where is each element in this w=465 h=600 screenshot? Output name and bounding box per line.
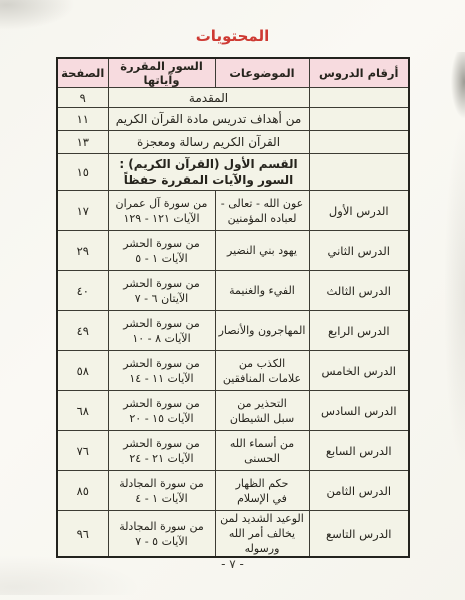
sura-line-2: الآيات ١٢١ - ١٢٩ <box>109 211 215 226</box>
topic-cell: عون الله - تعالى - لعباده المؤمنين <box>215 191 309 231</box>
lesson-row: الدرس التاسع الوعيد الشديد لمن يخالف أمر… <box>57 511 409 558</box>
intro-row: القرآن الكريم رسالة ومعجزة ١٣ <box>57 131 409 154</box>
topic-cell: يهود بني النضير <box>215 231 309 271</box>
topic-line-2: علامات المنافقين <box>216 371 309 386</box>
topic-cell: من أسماء الله الحسنى <box>215 431 309 471</box>
contents-table: أرقام الدروس الموضوعات السور المقررة وآي… <box>56 57 410 558</box>
page-number-cell: ٧٦ <box>57 431 108 471</box>
lesson-number-cell <box>309 108 409 131</box>
topic-line-1: الفيء والغنيمة <box>216 283 309 298</box>
header-page: الصفحة <box>57 58 108 88</box>
topic-line-1: الكذب من <box>216 356 309 371</box>
lesson-number-cell: الدرس الأول <box>309 191 409 231</box>
page-number-cell: ٩ <box>57 88 108 108</box>
topic-line-2: سبل الشيطان <box>216 411 309 426</box>
page-number-cell: ١٥ <box>57 154 108 191</box>
lesson-number-cell: الدرس التاسع <box>309 511 409 558</box>
lesson-row: الدرس الثالث الفيء والغنيمة من سورة الحش… <box>57 271 409 311</box>
sura-line-2: الآيات ٨ - ١٠ <box>109 331 215 346</box>
page-number-cell: ١١ <box>57 108 108 131</box>
header-topics: الموضوعات <box>215 58 309 88</box>
topic-cell: التحذير من سبل الشيطان <box>215 391 309 431</box>
lesson-number-cell: الدرس الثاني <box>309 231 409 271</box>
lesson-number-cell: الدرس الثالث <box>309 271 409 311</box>
lesson-row: الدرس السادس التحذير من سبل الشيطان من س… <box>57 391 409 431</box>
lesson-number-cell: الدرس السادس <box>309 391 409 431</box>
sura-cell: من سورة الحشر الآيات ١٥ - ٢٠ <box>108 391 215 431</box>
topic-cell: الوعيد الشديد لمن يخالف أمر الله ورسوله <box>215 511 309 558</box>
section-title-cell: القسم الأول (القرآن الكريم) : السور والآ… <box>108 154 309 191</box>
sura-line-2: الآيتان ٦ - ٧ <box>109 291 215 306</box>
contents-title: المحتويات <box>0 27 465 45</box>
header-suras: السور المقررة وآياتها <box>108 58 215 88</box>
topic-cell: الفيء والغنيمة <box>215 271 309 311</box>
section-title-line-1: القسم الأول (القرآن الكريم) : <box>109 156 309 172</box>
topic-line-2: يخالف أمر الله ورسوله <box>216 526 309 556</box>
lesson-number-cell <box>309 88 409 108</box>
sura-cell: من سورة الحشر الآيات ١١ - ١٤ <box>108 351 215 391</box>
table-header-row: أرقام الدروس الموضوعات السور المقررة وآي… <box>57 58 409 88</box>
header-lesson-numbers: أرقام الدروس <box>309 58 409 88</box>
page-number-cell: ١٣ <box>57 131 108 154</box>
topic-cell: المهاجرون والأنصار <box>215 311 309 351</box>
sura-cell: من سورة الحشر الآيات ١ - ٥ <box>108 231 215 271</box>
page-number-cell: ١٧ <box>57 191 108 231</box>
lesson-row: الدرس السابع من أسماء الله الحسنى من سور… <box>57 431 409 471</box>
sura-cell: من سورة الحشر الآيات ٢١ - ٢٤ <box>108 431 215 471</box>
topic-cell: من أهداف تدريس مادة القرآن الكريم <box>108 108 309 131</box>
sura-line-2: الآيات ١ - ٤ <box>109 491 215 506</box>
sura-line-1: من سورة المجادلة <box>109 476 215 491</box>
lesson-number-cell <box>309 131 409 154</box>
sura-line-1: من سورة المجادلة <box>109 519 215 534</box>
page-number-cell: ٥٨ <box>57 351 108 391</box>
topic-cell: القرآن الكريم رسالة ومعجزة <box>108 131 309 154</box>
page-number-cell: ٢٩ <box>57 231 108 271</box>
sura-line-2: الآيات ١٥ - ٢٠ <box>109 411 215 426</box>
sura-line-1: من سورة الحشر <box>109 356 215 371</box>
intro-row: من أهداف تدريس مادة القرآن الكريم ١١ <box>57 108 409 131</box>
intro-row: المقدمة ٩ <box>57 88 409 108</box>
topic-cell: الكذب من علامات المنافقين <box>215 351 309 391</box>
scan-artifact <box>445 130 465 460</box>
lesson-number-cell: الدرس السابع <box>309 431 409 471</box>
scan-artifact <box>451 52 465 118</box>
topic-cell: حكم الظهار في الإسلام <box>215 471 309 511</box>
sura-line-1: من سورة الحشر <box>109 436 215 451</box>
page-number-cell: ٦٨ <box>57 391 108 431</box>
sura-line-1: من سورة الحشر <box>109 316 215 331</box>
lesson-row: الدرس الأول عون الله - تعالى - لعباده ال… <box>57 191 409 231</box>
section-title-line-2: السور والآيات المقررة حفظاً <box>109 172 309 188</box>
sura-line-1: من سورة الحشر <box>109 396 215 411</box>
sura-cell: من سورة الحشر الآيات ٨ - ١٠ <box>108 311 215 351</box>
sura-line-2: الآيات ١١ - ١٤ <box>109 371 215 386</box>
sura-line-1: من سورة الحشر <box>109 236 215 251</box>
sura-line-2: الآيات ٥ - ٧ <box>109 534 215 549</box>
lesson-number-cell: الدرس الخامس <box>309 351 409 391</box>
sura-cell: من سورة المجادلة الآيات ٥ - ٧ <box>108 511 215 558</box>
page-number-cell: ٩٦ <box>57 511 108 558</box>
lesson-row: الدرس الثاني يهود بني النضير من سورة الح… <box>57 231 409 271</box>
topic-line-1: عون الله - تعالى - <box>216 196 309 211</box>
sura-line-1: من سورة آل عمران <box>109 196 215 211</box>
lesson-number-cell: الدرس الرابع <box>309 311 409 351</box>
topic-line-1: حكم الظهار <box>216 476 309 491</box>
sura-cell: من سورة الحشر الآيتان ٦ - ٧ <box>108 271 215 311</box>
sura-cell: من سورة آل عمران الآيات ١٢١ - ١٢٩ <box>108 191 215 231</box>
page-number-cell: ٨٥ <box>57 471 108 511</box>
topic-cell: المقدمة <box>108 88 309 108</box>
lesson-number-cell: الدرس الثامن <box>309 471 409 511</box>
page-number-cell: ٤٠ <box>57 271 108 311</box>
topic-line-1: من أسماء الله الحسنى <box>216 436 309 466</box>
lesson-row: الدرس الثامن حكم الظهار في الإسلام من سو… <box>57 471 409 511</box>
topic-line-1: يهود بني النضير <box>216 243 309 258</box>
scanned-page: { "page": { "title": "المحتويات", "foote… <box>0 0 465 600</box>
page-footer-number: - ٧ - <box>0 557 465 571</box>
sura-cell: من سورة المجادلة الآيات ١ - ٤ <box>108 471 215 511</box>
lesson-row: الدرس الخامس الكذب من علامات المنافقين م… <box>57 351 409 391</box>
lesson-number-cell <box>309 154 409 191</box>
topic-line-1: الوعيد الشديد لمن <box>216 511 309 526</box>
page-number-cell: ٤٩ <box>57 311 108 351</box>
sura-line-1: من سورة الحشر <box>109 276 215 291</box>
section-title-row: القسم الأول (القرآن الكريم) : السور والآ… <box>57 154 409 191</box>
topic-line-2: في الإسلام <box>216 491 309 506</box>
lesson-row: الدرس الرابع المهاجرون والأنصار من سورة … <box>57 311 409 351</box>
sura-line-2: الآيات ١ - ٥ <box>109 251 215 266</box>
sura-line-2: الآيات ٢١ - ٢٤ <box>109 451 215 466</box>
topic-line-1: المهاجرون والأنصار <box>216 323 309 338</box>
topic-line-2: لعباده المؤمنين <box>216 211 309 226</box>
topic-line-1: التحذير من <box>216 396 309 411</box>
